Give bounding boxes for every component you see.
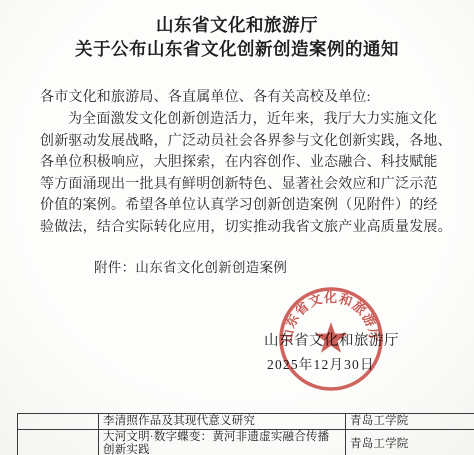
case-name-cell: 大河文明·数字蝶变：黄河非遗虚实融合传播创新实践 <box>99 430 346 455</box>
empty-cell <box>18 430 99 455</box>
attachment-line: 附件：山东省文化创新创造案例 <box>94 256 287 276</box>
official-seal: 山东省文化和旅游厅 <box>276 284 386 394</box>
doc-title-line-2: 关于公布山东省文化创新创造案例的通知 <box>0 36 474 61</box>
cases-table: 李清照作品及其现代意义研究 青岛工学院 大河文明·数字蝶变：黄河非遗虚实融合传播… <box>17 413 474 455</box>
paragraph-line: 为全面激发文化创新创造活力，近年来，我厅大力实施文化 <box>40 108 440 130</box>
empty-cell <box>18 414 99 430</box>
org-cell: 青岛工学院 <box>346 430 474 455</box>
paragraph-line: 等方面涌现出一批具有鲜明创新特色、显著社会效应和广泛示范 <box>40 173 440 195</box>
table-row: 大河文明·数字蝶变：黄河非遗虚实融合传播创新实践 青岛工学院 <box>18 430 474 455</box>
paragraph-line: 价值的案例。希望各单位认真学习创新创造案例（见附件）的经 <box>40 194 440 216</box>
salutation-line: 各市文化和旅游局、各直属单位、各有关高校及单位: <box>40 86 371 106</box>
paragraph-line: 各单位积极响应，大胆探索，在内容创作、业态融合、科技赋能 <box>40 151 440 173</box>
paragraph-line: 创新驱动发展战略，广泛动员社会各界参与文化创新实践，各地、 <box>40 130 440 152</box>
table-row: 李清照作品及其现代意义研究 青岛工学院 <box>18 414 474 430</box>
scanned-notice-page: 山东省文化和旅游厅 关于公布山东省文化创新创造案例的通知 各市文化和旅游局、各直… <box>0 0 474 455</box>
star-icon <box>315 322 347 353</box>
doc-title-line-1: 山东省文化和旅游厅 <box>0 12 474 37</box>
case-name-cell: 李清照作品及其现代意义研究 <box>99 414 346 430</box>
paragraph-line: 验做法，结合实际转化应用，切实推动我省文旅产业高质量发展。 <box>40 216 440 238</box>
org-cell: 青岛工学院 <box>346 414 474 430</box>
